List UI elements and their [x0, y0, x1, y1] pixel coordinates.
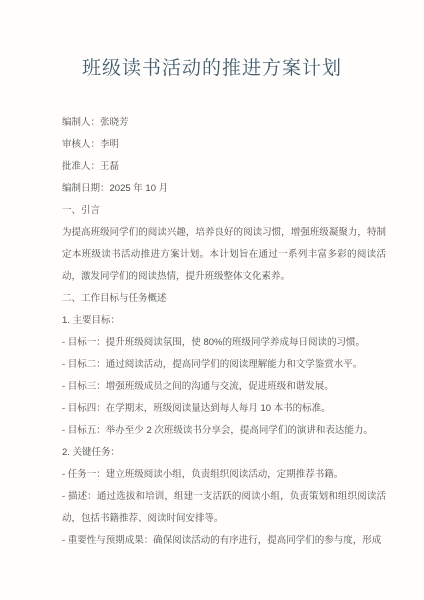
section1-paragraph: 为提高班级同学们的阅读兴趣，培养良好的阅读习惯，增强班级凝聚力，特制定本班级读书…	[62, 222, 386, 288]
section1-heading: 一、引言	[62, 200, 386, 222]
document-page: 班级读书活动的推进方案计划 编制人：张晓芳 审核人：李明 批准人：王磊 编制日期…	[0, 0, 424, 600]
goal-item-5: - 目标五：举办至少 2 次班级读书分享会，提高同学们的演讲和表达能力。	[62, 420, 386, 442]
goal-item-3: - 目标三：增强班级成员之间的沟通与交流，促进班级和谐发展。	[62, 376, 386, 398]
task-item-1: - 任务一：建立班级阅读小组，负责组织阅读活动，定期推荐书籍。	[62, 464, 386, 486]
goal-item-2: - 目标二：通过阅读活动，提高同学们的阅读理解能力和文学鉴赏水平。	[62, 354, 386, 376]
task-item-3: - 重要性与预期成果：确保阅读活动的有序进行，提高同学们的参与度，形成	[62, 530, 386, 552]
meta-date: 编制日期：2025 年 10 月	[62, 178, 386, 200]
meta-reviewer: 审核人：李明	[62, 134, 386, 156]
goal-item-4: - 目标四：在学期末，班级阅读量达到每人每月 10 本书的标准。	[62, 398, 386, 420]
goal-item-1: - 目标一：提升班级阅读氛围，使 80%的班级同学养成每日阅读的习惯。	[62, 332, 386, 354]
meta-approver: 批准人：王磊	[62, 156, 386, 178]
goals-heading: 1. 主要目标：	[62, 310, 386, 332]
tasks-heading: 2. 关键任务：	[62, 442, 386, 464]
meta-preparer: 编制人：张晓芳	[62, 112, 386, 134]
document-title: 班级读书活动的推进方案计划	[38, 56, 386, 82]
task-item-2: - 描述：通过选拔和培训，组建一支活跃的阅读小组，负责策划和组织阅读活动，包括书…	[62, 486, 386, 530]
section2-heading: 二、工作目标与任务概述	[62, 288, 386, 310]
